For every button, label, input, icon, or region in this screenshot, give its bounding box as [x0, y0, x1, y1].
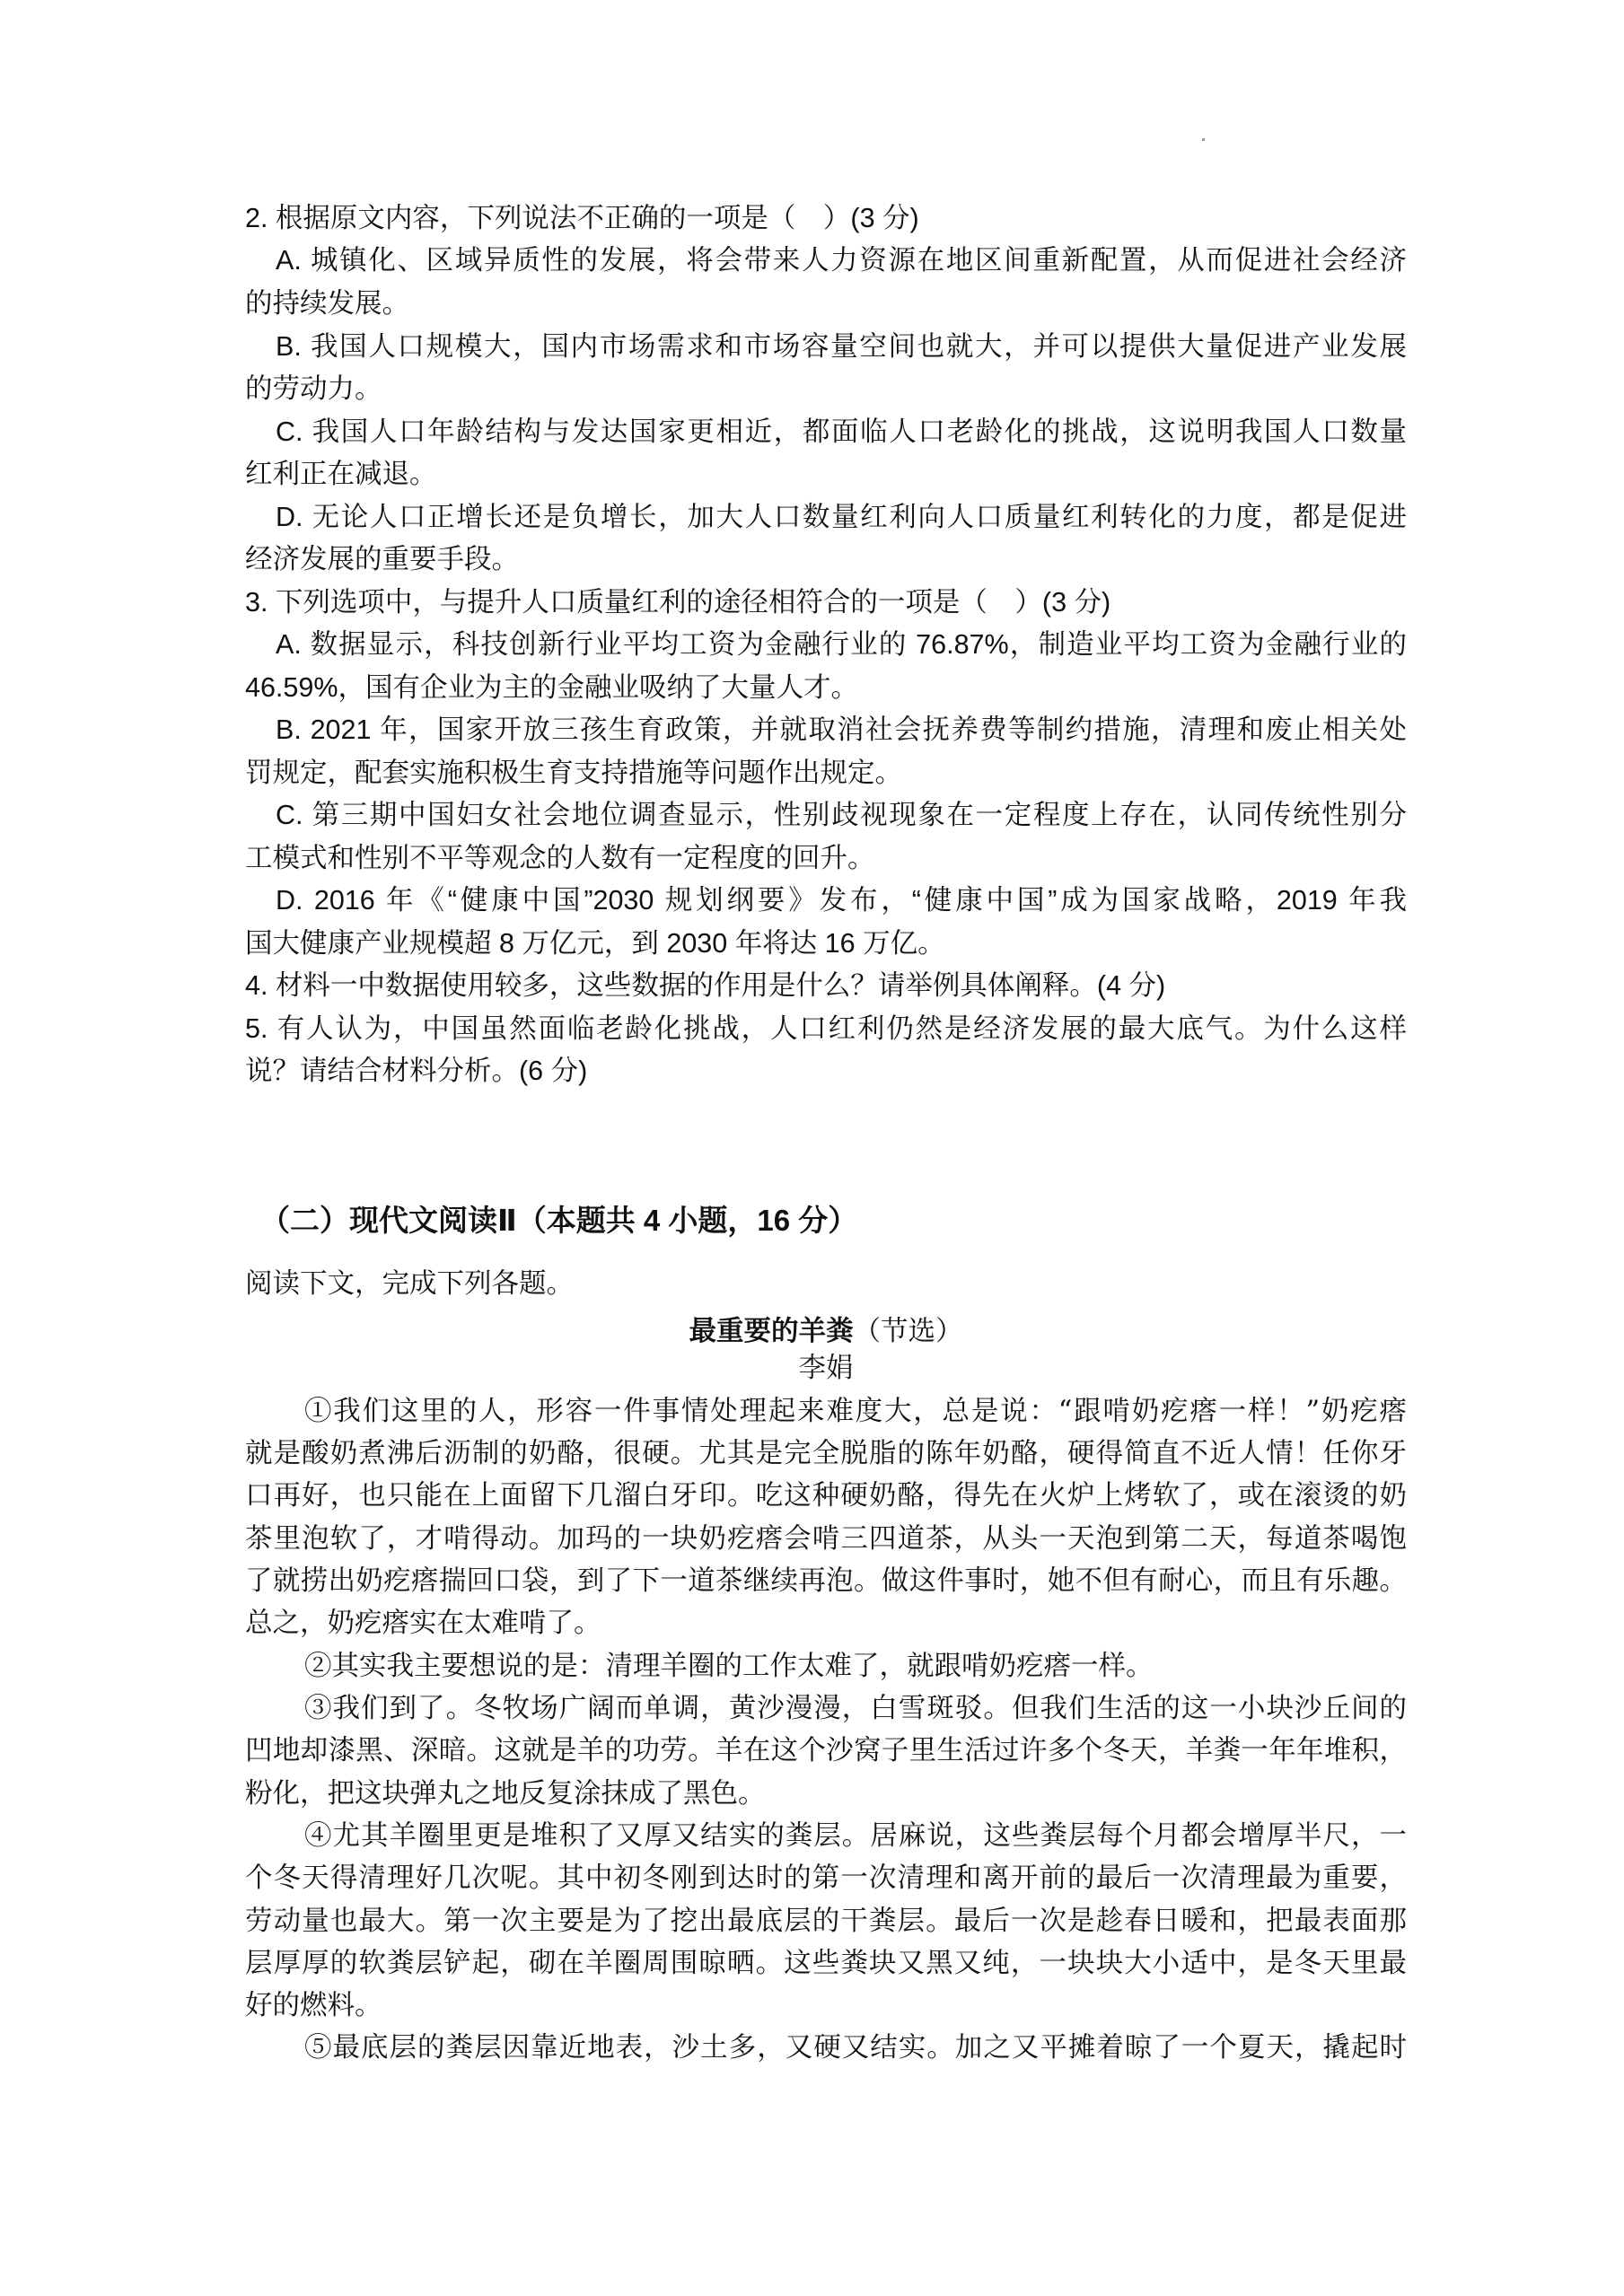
question-2-option-b: B. 我国人口规模大，国内市场需求和市场容量空间也就大，并可以提供大量促进产业发…	[276, 325, 1407, 368]
paragraph-4-line: 劳动量也最大。第一次主要是为了挖出最底层的干粪层。最后一次是趁春日暖和，把最表面…	[245, 1900, 1407, 1943]
question-2-option-d-cont: 经济发展的重要手段。	[245, 538, 1407, 581]
paragraph-2-line: ②其实我主要想说的是：清理羊圈的工作太难了，就跟啃奶疙瘩一样。	[304, 1645, 1407, 1688]
paragraph-4-line: 个冬天得清理好几次呢。其中初冬刚到达时的第一次清理和离开前的最后一次清理最为重要…	[245, 1857, 1407, 1900]
section-heading: （二）现代文阅读Ⅱ（本题共 4 小题，16 分）	[260, 1199, 1422, 1242]
paragraph-5-line: ⑤最底层的粪层因靠近地表，沙土多，又硬又结实。加之又平摊着晾了一个夏天，撬起时	[304, 2027, 1407, 2070]
question-2-option-c: C. 我国人口年龄结构与发达国家更相近，都面临人口老龄化的挑战，这说明我国人口数…	[276, 410, 1407, 453]
question-3-option-c-cont: 工模式和性别不平等观念的人数有一定程度的回升。	[245, 837, 1407, 880]
question-3-option-a: A. 数据显示，科技创新行业平均工资为金融行业的 76.87%，制造业平均工资为…	[276, 623, 1407, 666]
paragraph-4-line: 好的燃料。	[245, 1985, 1407, 2028]
paragraph-4-line: 层厚厚的软粪层铲起，砌在羊圈周围晾晒。这些粪块又黑又纯，一块块大小适中，是冬天里…	[245, 1942, 1407, 1985]
paragraph-1-line: 总之，奶疙瘩实在太难啃了。	[245, 1602, 1407, 1645]
passage-title-text: 最重要的羊粪	[689, 1315, 854, 1347]
paragraph-3-line: ③我们到了。冬牧场广阔而单调，黄沙漫漫，白雪斑驳。但我们生活的这一小块沙丘间的	[304, 1687, 1407, 1731]
question-2-option-c-cont: 红利正在减退。	[245, 452, 1407, 495]
question-2-option-b-cont: 的劳动力。	[245, 367, 1407, 410]
question-5-stem: 5. 有人认为，中国虽然面临老龄化挑战，人口红利仍然是经济发展的最大底气。为什么…	[245, 1007, 1407, 1050]
question-4-stem: 4. 材料一中数据使用较多，这些数据的作用是什么？请举例具体阐释。(4 分)	[245, 964, 1407, 1007]
question-3-option-b-cont: 罚规定，配套实施积极生育支持措施等问题作出规定。	[245, 751, 1407, 794]
passage-title: 最重要的羊粪（节选）	[245, 1310, 1407, 1353]
question-3-option-d-cont: 国大健康产业规模超 8 万亿元，到 2030 年将达 16 万亿。	[245, 922, 1407, 965]
question-3-option-b: B. 2021 年，国家开放三孩生育政策，并就取消社会抚养费等制约措施，清理和废…	[276, 708, 1407, 751]
question-2-option-d: D. 无论人口正增长还是负增长，加大人口数量红利向人口质量红利转化的力度，都是促…	[276, 495, 1407, 539]
passage-title-note: （节选）	[854, 1316, 963, 1347]
question-3-option-c: C. 第三期中国妇女社会地位调查显示，性别歧视现象在一定程度上存在，认同传统性别…	[276, 793, 1407, 837]
paragraph-1-line: ①我们这里的人，形容一件事情处理起来难度大，总是说：“跟啃奶疙瘩一样！”奶疙瘩	[304, 1390, 1407, 1433]
question-3-option-a-cont: 46.59%，国有企业为主的金融业吸纳了大量人才。	[245, 666, 1407, 709]
question-2-option-a-cont: 的持续发展。	[245, 282, 1407, 325]
paragraph-3-line: 凹地却漆黑、深暗。这就是羊的功劳。羊在这个沙窝子里生活过许多个冬天，羊粪一年年堆…	[245, 1730, 1407, 1773]
paragraph-3-line: 粉化，把这块弹丸之地反复涂抹成了黑色。	[245, 1773, 1407, 1816]
paragraph-1-line: 了就捞出奶疙瘩揣回口袋，到了下一道茶继续再泡。做这件事时，她不但有耐心，而且有乐…	[245, 1560, 1407, 1603]
passage-author: 李娟	[245, 1347, 1407, 1390]
question-2-option-a: A. 城镇化、区域异质性的发展，将会带来人力资源在地区间重新配置，从而促进社会经…	[276, 239, 1407, 282]
paragraph-1-line: 口再好，也只能在上面留下几溜白牙印。吃这种硬奶酪，得先在火炉上烤软了，或在滚烫的…	[245, 1475, 1407, 1518]
paragraph-1-line: 茶里泡软了，才啃得动。加玛的一块奶疙瘩会啃三四道茶，从头一天泡到第二天，每道茶喝…	[245, 1518, 1407, 1561]
question-5-stem-cont: 说？请结合材料分析。(6 分)	[245, 1049, 1407, 1092]
question-3-stem: 3. 下列选项中，与提升人口质量红利的途径相符合的一项是（ ）(3 分)	[245, 581, 1407, 624]
section-instruction: 阅读下文，完成下列各题。	[245, 1262, 1407, 1305]
question-3-option-d: D. 2016 年《“健康中国”2030 规划纲要》发布，“健康中国”成为国家战…	[276, 879, 1407, 922]
question-2-stem: 2. 根据原文内容，下列说法不正确的一项是（ ）(3 分)	[245, 197, 1407, 240]
paragraph-4-line: ④尤其羊圈里更是堆积了又厚又结实的粪层。居麻说，这些粪层每个月都会增厚半尺，一	[304, 1815, 1407, 1858]
paragraph-1-line: 就是酸奶煮沸后沥制的奶酪，很硬。尤其是完全脱脂的陈年奶酪，硬得简直不近人情！任你…	[245, 1433, 1407, 1476]
page-marker-dot	[1202, 138, 1205, 141]
